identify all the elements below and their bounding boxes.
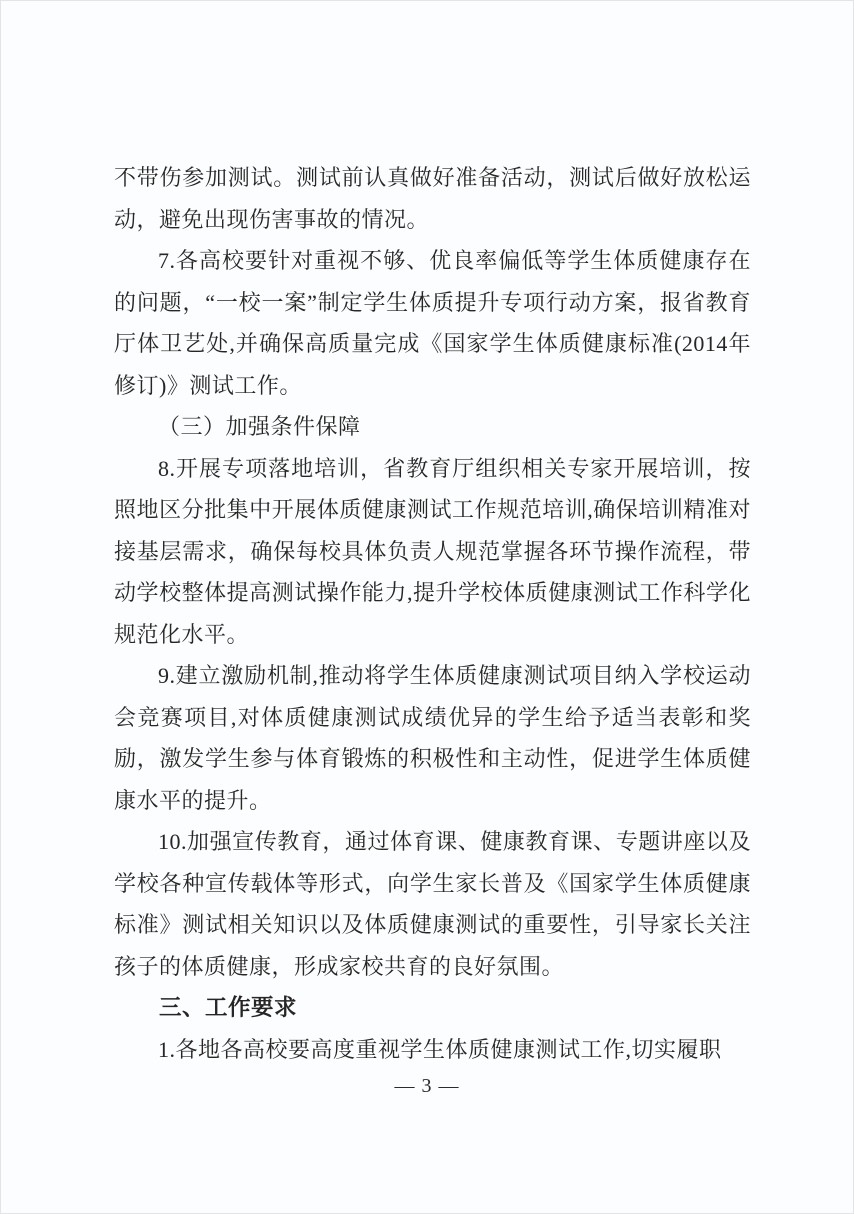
document-page: 不带伤参加测试。测试前认真做好准备活动，测试后做好放松运动，避免出现伤害事故的情…: [0, 0, 854, 1214]
paragraph-item-8: 8.开展专项落地培训，省教育厅组织相关专家开展培训，按照地区分批集中开展体质健康…: [114, 448, 751, 656]
paragraph-item-10: 10.加强宣传教育，通过体育课、健康教育课、专题讲座以及学校各种宣传载体等形式，…: [114, 821, 751, 987]
section-heading: 三、工作要求: [114, 987, 751, 1029]
page-number: — 3 —: [1, 1073, 853, 1099]
paragraph-continued: 不带伤参加测试。测试前认真做好准备活动，测试后做好放松运动，避免出现伤害事故的情…: [114, 157, 751, 240]
paragraph-item-1: 1.各地各高校要高度重视学生体质健康测试工作,切实履职: [114, 1029, 751, 1071]
paragraph-item-7: 7.各高校要针对重视不够、优良率偏低等学生体质健康存在的问题，“一校一案”制定学…: [114, 240, 751, 406]
document-body: 不带伤参加测试。测试前认真做好准备活动，测试后做好放松运动，避免出现伤害事故的情…: [114, 157, 751, 1070]
section-subheading: （三）加强条件保障: [114, 406, 751, 448]
paragraph-item-9: 9.建立激励机制,推动将学生体质健康测试项目纳入学校运动会竞赛项目,对体质健康测…: [114, 655, 751, 821]
